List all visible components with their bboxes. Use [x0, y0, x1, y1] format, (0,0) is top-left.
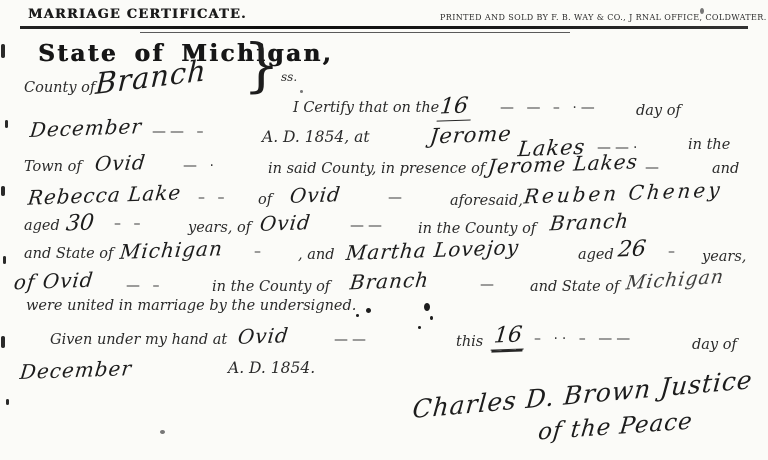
- scan-edge-artifact: [1, 186, 5, 196]
- fill-dashes: – –: [198, 190, 228, 206]
- fill-dashes: ——: [350, 218, 386, 234]
- fill-dashes: –: [254, 244, 265, 260]
- of-town-handwritten: of Ovid: [13, 268, 95, 295]
- masthead-title: MARRIAGE CERTIFICATE.: [28, 7, 247, 22]
- scan-edge-artifact: [6, 399, 9, 405]
- certificate-page: MARRIAGE CERTIFICATE. Printed and Sold b…: [0, 0, 768, 460]
- ink-speck: [418, 326, 421, 329]
- in-the-label: in the: [688, 137, 730, 153]
- scan-edge-artifact: [5, 120, 8, 128]
- fill-dashes: —: [480, 277, 498, 293]
- comma-and-label: , and: [298, 247, 334, 263]
- town-name-handwritten: Ovid: [237, 323, 290, 349]
- town-of-label: Town of: [24, 159, 82, 175]
- certify-opening: I Certify that on the: [293, 100, 439, 116]
- fill-dashes: – –: [114, 216, 144, 232]
- fill-dashes: —: [388, 190, 406, 206]
- fill-dashes: — — – ·—: [500, 100, 599, 116]
- signing-month-handwritten: December: [19, 356, 134, 384]
- wedding-month-handwritten: December: [29, 114, 144, 142]
- groom-name-handwritten: Reuben Cheney: [523, 177, 724, 208]
- scan-speck: [160, 430, 165, 434]
- fill-dashes: —: [645, 160, 663, 176]
- ink-speck: [366, 308, 371, 313]
- bride-age-value: 26: [617, 236, 648, 262]
- masthead-rule-thick: [20, 26, 748, 29]
- wedding-day-value: 16: [437, 93, 474, 121]
- place-name-first: Jerome: [429, 122, 513, 149]
- scan-edge-artifact: [3, 256, 6, 264]
- ss-abbreviation: ss.: [281, 70, 297, 84]
- town-name-handwritten: Ovid: [259, 210, 312, 236]
- day-of-label: day of: [692, 337, 737, 353]
- ad-year-label: A. D. 1854.: [228, 359, 315, 377]
- fill-dashes: – ·· – ——: [534, 331, 634, 347]
- fill-dashes: ——: [334, 332, 370, 348]
- of-label: of: [258, 192, 272, 208]
- ss-brace: }: [243, 36, 280, 94]
- scan-speck: [300, 90, 303, 93]
- town-name-handwritten: Ovid: [289, 182, 342, 208]
- fill-dashes: — ·: [183, 158, 218, 174]
- masthead-rule-thin: [140, 32, 570, 33]
- aged-label: aged: [24, 218, 60, 234]
- fill-dashes: —— –: [152, 124, 207, 140]
- state-name-handwritten: Michigan: [625, 265, 726, 294]
- in-said-county-label: in said County, in presence of: [268, 161, 485, 177]
- officiant-signature-line1: Charles D. Brown Justice: [411, 365, 754, 424]
- years-of-label: years, of: [188, 220, 251, 236]
- county-label: County of: [24, 80, 95, 96]
- united-statement: were united in marriage by the undersign…: [26, 298, 356, 314]
- and-state-of-label: and State of: [24, 246, 113, 262]
- and-label: and: [712, 161, 739, 177]
- ink-speck: [356, 314, 359, 317]
- town-name-handwritten: Ovid: [94, 150, 147, 176]
- ink-speck: [430, 316, 433, 320]
- fill-dashes: — –: [126, 278, 163, 294]
- this-label: this: [456, 334, 483, 350]
- day-of-label: day of: [636, 103, 681, 119]
- state-name-handwritten: Michigan: [119, 236, 224, 264]
- fill-dashes: –: [668, 244, 679, 260]
- witness-one-name: Jerome Lakes: [487, 149, 639, 178]
- aged-label: aged: [578, 247, 614, 263]
- groom-age-value: 30: [65, 210, 96, 236]
- years-label: years,: [702, 249, 746, 265]
- scan-speck: [700, 8, 704, 14]
- county-name-handwritten: Branch: [549, 209, 631, 236]
- county-of-label: in the County of: [212, 279, 330, 295]
- officiant-signature-line2: of the Peace: [537, 408, 694, 445]
- and-state-of-label: and State of: [530, 279, 619, 295]
- scan-edge-artifact: [1, 44, 5, 58]
- aforesaid-label: aforesaid,: [450, 193, 523, 209]
- bride-name-handwritten: Martha Lovejoy: [345, 235, 521, 265]
- given-under-hand-label: Given under my hand at: [50, 332, 227, 348]
- ink-speck: [424, 303, 430, 311]
- printer-credit: Printed and Sold by F. B. Way & Co., J r…: [440, 13, 767, 22]
- ad-year-line: A. D. 1854, at: [262, 128, 370, 146]
- scan-edge-artifact: [1, 336, 5, 348]
- witness-two-name: Rebecca Lake: [27, 180, 183, 209]
- county-name-handwritten: Branch: [349, 268, 431, 295]
- signing-day-value: 16: [491, 322, 527, 350]
